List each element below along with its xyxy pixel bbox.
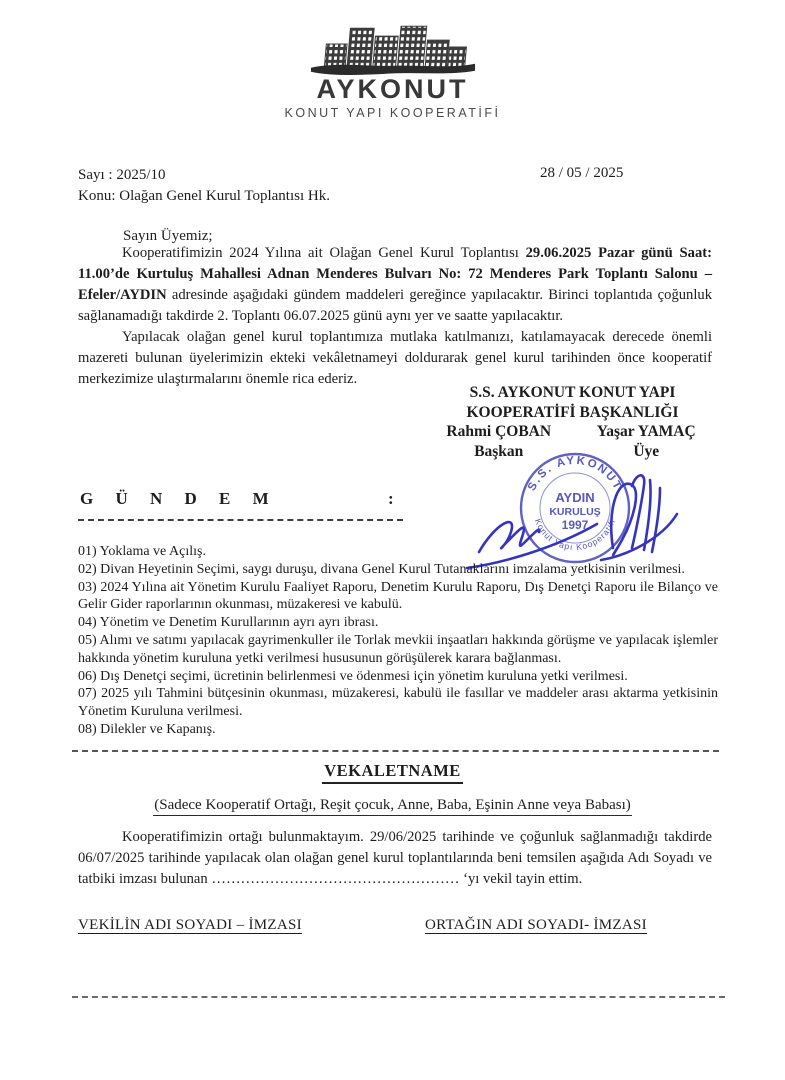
body-paragraph-2: Yapılacak olağan genel kurul toplantımız…: [78, 327, 712, 390]
vekaletname-paragraph: Kooperatifimizin ortağı bulunmaktayım. 2…: [78, 827, 712, 890]
agenda-title: G Ü N D E M: [80, 489, 278, 509]
signer-left-title: Başkan: [425, 442, 573, 462]
signer-right-name: Yaşar YAMAÇ: [573, 422, 721, 442]
agenda-item: 04) Yönetim ve Denetim Kurullarının ayrı…: [78, 614, 718, 632]
agenda-colon: :: [388, 489, 394, 509]
cooperative-logo: AYKONUT KONUT YAPI KOOPERATİFİ: [0, 16, 785, 120]
vekaletname-subtitle: (Sadece Kooperatif Ortağı, Reşit çocuk, …: [153, 797, 632, 816]
agenda-item: 06) Dış Denetçi seçimi, ücretinin belirl…: [78, 668, 718, 686]
letter-body: Kooperatifimizin 2024 Yılına ait Olağan …: [78, 243, 712, 390]
stamp-year-text: 1997: [562, 518, 589, 532]
ortak-name-label: ORTAĞIN ADI SOYADI- İMZASI: [425, 917, 647, 934]
brand-text: AYKONUT: [0, 76, 785, 103]
agenda-item: 02) Divan Heyetinin Seçimi, saygı duruşu…: [78, 561, 718, 579]
document-page: AYKONUT KONUT YAPI KOOPERATİFİ Sayı : 20…: [0, 0, 785, 1080]
body-paragraph-1: Kooperatifimizin 2024 Yılına ait Olağan …: [78, 243, 712, 327]
vekaletname-title: VEKALETNAME: [322, 761, 463, 784]
signer-left-name: Rahmi ÇOBAN: [425, 422, 573, 442]
org-title-line1: S.S. AYKONUT KONUT YAPI: [425, 383, 720, 403]
buildings-skyline-icon: [309, 16, 477, 78]
signature-block: S.S. AYKONUT KONUT YAPI KOOPERATİFİ BAŞK…: [425, 383, 720, 461]
stamp-kurulus-text: KURULUŞ: [549, 506, 600, 518]
doc-subject: Konu: Olağan Genel Kurul Toplantısı Hk.: [78, 186, 330, 207]
agenda-item: 03) 2024 Yılına ait Yönetim Kurulu Faali…: [78, 579, 718, 615]
agenda-item: 01) Yoklama ve Açılış.: [78, 543, 718, 561]
p1-lead: Kooperatifimizin 2024 Yılına ait Olağan …: [122, 245, 526, 261]
agenda-list: 01) Yoklama ve Açılış. 02) Divan Heyetin…: [78, 543, 718, 739]
agenda-item: 05) Alımı ve satımı yapılacak gayrimenku…: [78, 632, 718, 668]
agenda-underline: [78, 519, 403, 521]
vekil-name-label: VEKİLİN ADI SOYADI – İMZASI: [78, 917, 302, 934]
signer-right-title: Üye: [573, 442, 721, 462]
stamp-city-text: AYDIN: [555, 490, 594, 505]
bottom-separator: [72, 996, 725, 998]
doc-date: 28 / 05 / 2025: [540, 165, 623, 182]
p1-rest: adresinde aşağıdaki gündem maddeleri ger…: [78, 287, 712, 324]
section-separator: [72, 750, 719, 752]
agenda-item: 07) 2025 yılı Tahmini bütçesinin okunmas…: [78, 685, 718, 721]
brand-subtitle: KONUT YAPI KOOPERATİFİ: [0, 106, 785, 120]
agenda-item: 08) Dilekler ve Kapanış.: [78, 721, 718, 739]
org-title-line2: KOOPERATİFİ BAŞKANLIĞI: [425, 403, 720, 423]
vekaletname-body: Kooperatifimizin ortağı bulunmaktayım. 2…: [78, 827, 712, 890]
document-meta: Sayı : 2025/10 Konu: Olağan Genel Kurul …: [78, 165, 330, 207]
doc-number: Sayı : 2025/10: [78, 165, 330, 186]
